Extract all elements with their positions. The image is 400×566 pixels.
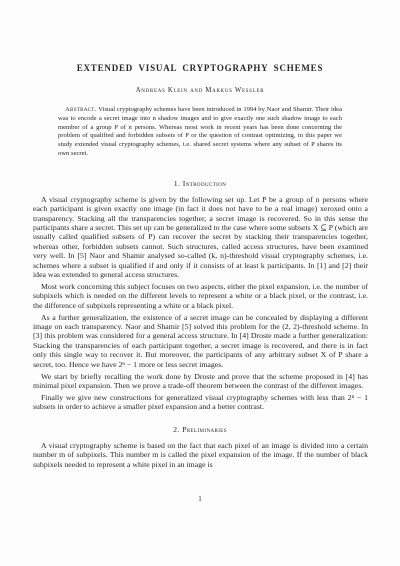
paper-title: EXTENDED VISUAL CRYPTOGRAPHY SCHEMES <box>28 63 372 74</box>
abstract-label: Abstract. <box>65 106 97 113</box>
paper-page: EXTENDED VISUAL CRYPTOGRAPHY SCHEMES And… <box>0 0 400 566</box>
introduction-section: A visual cryptography scheme is given by… <box>33 195 368 412</box>
paper-authors: Andreas Klein and Markus Wessler <box>30 86 370 95</box>
section-heading-introduction: 1. Introduction <box>0 179 400 188</box>
paragraph: We start by briefly recalling the work d… <box>33 372 368 391</box>
page-number: 1 <box>0 495 400 504</box>
section-heading-preliminaries: 2. Preliminaries <box>0 425 400 434</box>
paragraph: As a further generalization, the existen… <box>33 313 368 369</box>
abstract: Abstract. Visual cryptography schemes ha… <box>58 106 342 159</box>
paragraph: Most work concerning this subject focuse… <box>33 282 368 310</box>
preliminaries-section: A visual cryptography scheme is based on… <box>33 441 368 469</box>
paragraph: Finally we give new constructions for ge… <box>33 393 368 412</box>
paragraph: A visual cryptography scheme is given by… <box>33 195 368 280</box>
abstract-text: Visual cryptography schemes have been in… <box>58 106 342 157</box>
paragraph: A visual cryptography scheme is based on… <box>33 441 368 469</box>
